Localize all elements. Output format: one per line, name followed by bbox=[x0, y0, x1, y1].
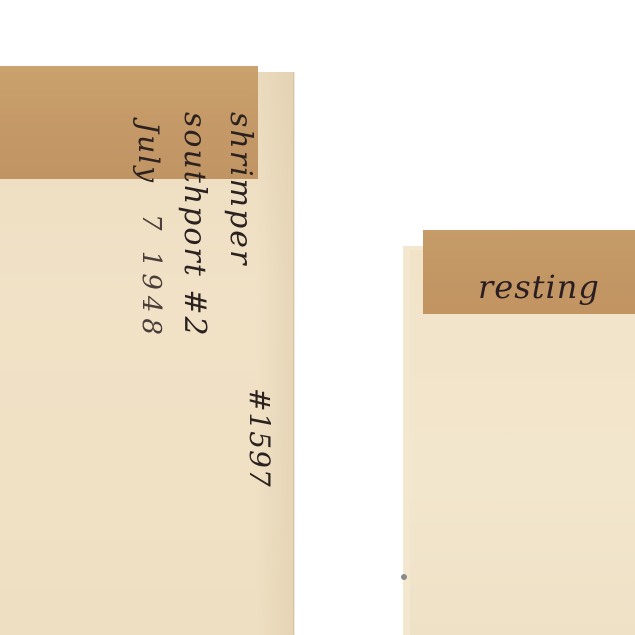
catalog-number: #1597 bbox=[243, 388, 276, 488]
annotation-month: July bbox=[132, 122, 165, 184]
left-tape-label bbox=[0, 66, 258, 179]
annotation-date: 7 1948 bbox=[136, 214, 166, 341]
left-paper-edge-shading bbox=[255, 72, 295, 635]
annotation-location: southport #2 bbox=[177, 112, 212, 338]
annotation-subject: shrimper bbox=[223, 112, 258, 266]
pin-hole-mark bbox=[401, 574, 407, 580]
right-label-text: resting bbox=[478, 268, 600, 306]
